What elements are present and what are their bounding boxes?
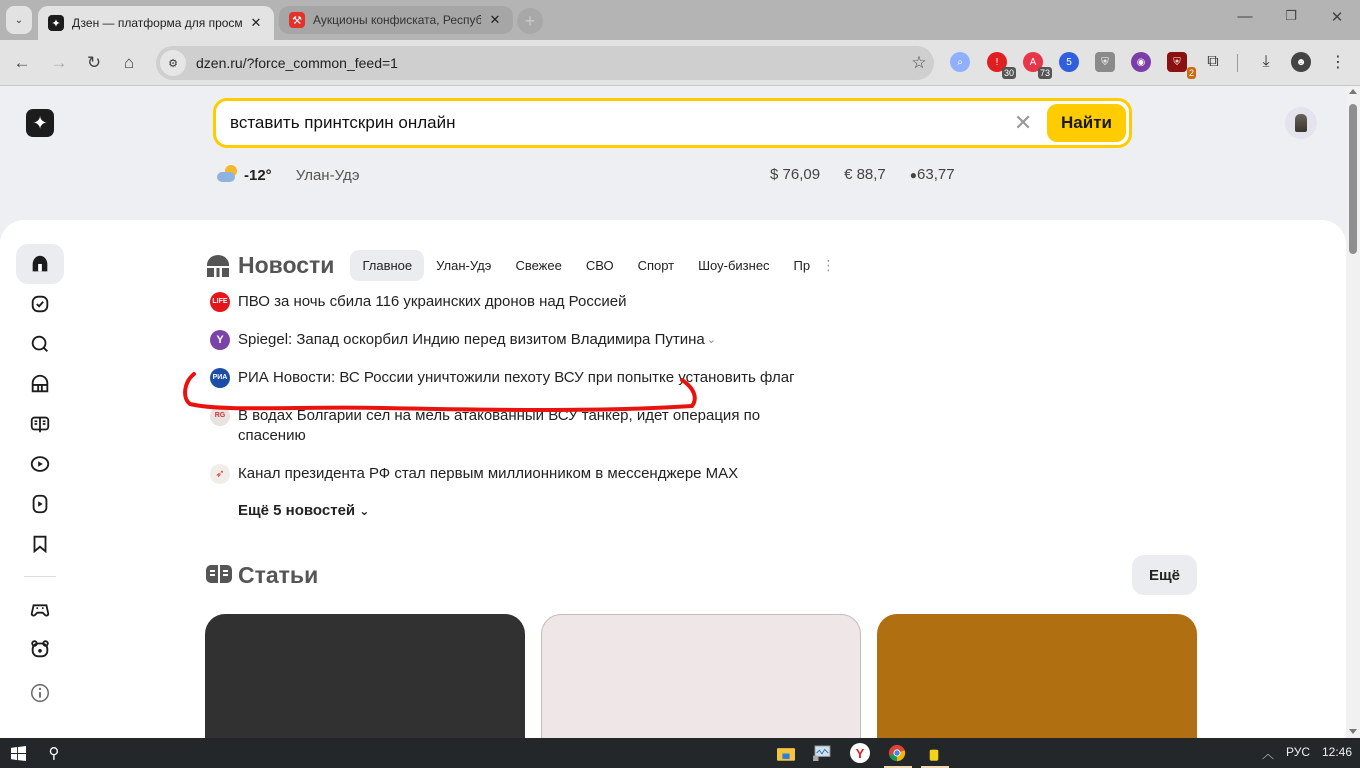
main-content: Новости Главное Улан-Удэ Свежее СВО Спор… [0, 220, 1346, 738]
more-articles-button[interactable]: Ещё [1132, 555, 1197, 595]
articles-header: Статьи [206, 562, 318, 589]
close-tab-icon[interactable]: ✕ [248, 15, 264, 31]
news-item[interactable]: LIFE ПВО за ночь сбила 116 украинских др… [210, 292, 850, 312]
chrome-icon[interactable] [887, 743, 907, 763]
news-headline[interactable]: РИА Новости: ВС России уничтожили пехоту… [238, 368, 795, 388]
tray-overflow-chevron-icon[interactable]: ︿ [1262, 745, 1274, 762]
dzen-logo-icon: ✦ [48, 15, 64, 31]
info-icon [29, 682, 51, 704]
search-button[interactable]: Найти [1047, 104, 1126, 142]
news-item[interactable]: Y Spiegel: Запад оскорбил Индию перед ви… [210, 330, 850, 350]
sidebar-item-games[interactable] [16, 589, 64, 629]
scroll-up-arrow[interactable] [1349, 89, 1357, 94]
search-bar: ✕ Найти [213, 98, 1132, 148]
news-tab-sport[interactable]: Спорт [626, 250, 687, 281]
sidebar-item-news[interactable] [16, 364, 64, 404]
video-play-icon [29, 453, 51, 475]
sidebar-item-bookmarks[interactable] [16, 524, 64, 564]
temperature: -12° [244, 167, 272, 184]
dzen-page: ✦ ✕ Найти -12° Улан-Удэ $ 76,09 € 88,7 ●… [0, 86, 1346, 738]
purple-eye-icon[interactable]: ◉ [1131, 52, 1151, 72]
tass-source-icon: ➶ [210, 464, 230, 484]
maximize-button[interactable]: ❐ [1276, 8, 1306, 24]
articles-title[interactable]: Статьи [238, 562, 318, 589]
shield-blue-icon[interactable]: 5 [1059, 52, 1079, 72]
news-headline[interactable]: Канал президента РФ стал первым миллионн… [238, 464, 738, 484]
search-extension-icon[interactable]: ⌕ [950, 52, 970, 72]
more-news-button[interactable]: Ещё 5 новостей ⌄ [238, 502, 850, 519]
oil-drop-icon: ● [910, 168, 917, 182]
rate-oil[interactable]: ●63,77 [910, 166, 955, 183]
shorts-icon [29, 493, 51, 515]
news-item[interactable]: РИА РИА Новости: ВС России уничтожили пе… [210, 368, 850, 388]
tab-search-button[interactable]: ⌄ [6, 6, 32, 34]
news-header: Новости Главное Улан-Удэ Свежее СВО Спор… [206, 250, 836, 281]
currency-rates: $ 76,09 € 88,7 ●63,77 [770, 166, 955, 183]
news-tab-fresh[interactable]: Свежее [503, 250, 573, 281]
user-avatar[interactable] [1285, 107, 1317, 139]
sidebar-item-videos[interactable] [16, 444, 64, 484]
bookmark-icon [29, 533, 51, 555]
sidebar-item-search[interactable] [16, 324, 64, 364]
gamepad-icon [29, 598, 51, 620]
tab-title: Дзен — платформа для просм [72, 16, 242, 30]
weather-snow-cloud-icon [216, 164, 238, 186]
sidebar-nav [16, 244, 64, 713]
news-headline[interactable]: В водах Болгарии сел на мель атакованный… [238, 406, 798, 446]
dzen-logo[interactable]: ✦ [26, 109, 54, 137]
source-y-icon: Y [210, 330, 230, 350]
browser-toolbar: ← → ↻ ⌂ ⚙ dzen.ru/?force_common_feed=1 ☆… [0, 40, 1360, 86]
weather-widget[interactable]: -12° Улан-Удэ [216, 164, 360, 186]
rate-eur[interactable]: € 88,7 [844, 166, 886, 183]
life-source-icon: LIFE [210, 292, 230, 312]
sidebar-item-kids[interactable] [16, 629, 64, 669]
clear-search-icon[interactable]: ✕ [1009, 110, 1037, 136]
news-headline[interactable]: Spiegel: Запад оскорбил Индию перед визи… [238, 330, 705, 350]
search-icon[interactable]: ⚲ [44, 743, 64, 763]
expand-chevron-icon[interactable]: ⌄ [707, 330, 716, 350]
windows-taskbar: ⚲ Y ︿ РУС 12:46 [0, 738, 1360, 768]
close-window-button[interactable]: ✕ [1322, 8, 1352, 26]
site-settings-icon[interactable]: ⚙ [160, 50, 186, 76]
file-explorer-icon[interactable] [776, 743, 796, 763]
search-input[interactable] [216, 113, 1009, 133]
city-name[interactable]: Улан-Удэ [296, 167, 360, 184]
sidebar-item-subscriptions[interactable] [16, 284, 64, 324]
news-tab-svo[interactable]: СВО [574, 250, 626, 281]
sidebar-item-info[interactable] [16, 673, 64, 713]
extensions-puzzle-icon[interactable]: ⧉ [1203, 52, 1223, 72]
profile-avatar[interactable]: ☻ [1291, 52, 1311, 72]
forward-button[interactable]: → [48, 52, 70, 74]
red-shield-icon[interactable]: ⛨2 [1167, 52, 1187, 72]
back-button[interactable]: ← [11, 52, 33, 74]
performance-monitor-icon[interactable] [812, 743, 832, 763]
clock[interactable]: 12:46 [1322, 745, 1352, 759]
articles-book-icon [206, 565, 232, 587]
bookmark-star-icon[interactable]: ☆ [904, 53, 934, 73]
home-button[interactable]: ⌂ [118, 52, 140, 74]
shield-grey-icon[interactable]: ⛨ [1095, 52, 1115, 72]
red-extension-icon[interactable]: !30 [987, 52, 1007, 72]
news-title[interactable]: Новости [238, 252, 334, 279]
news-icon [29, 373, 51, 395]
news-tab-city[interactable]: Улан-Удэ [424, 250, 503, 281]
news-tab-more-clipped[interactable]: Пр [782, 250, 818, 281]
windows-start-icon[interactable] [8, 743, 28, 763]
auction-gavel-icon: ⚒ [289, 12, 305, 28]
home-icon [29, 253, 51, 275]
sidebar-item-articles[interactable] [16, 404, 64, 444]
search-icon [29, 333, 51, 355]
address-bar[interactable]: ⚙ dzen.ru/?force_common_feed=1 ☆ [156, 46, 934, 80]
ria-source-icon: РИА [210, 368, 230, 388]
articles-book-icon [29, 413, 51, 435]
reload-button[interactable]: ↻ [83, 52, 105, 74]
tab-dzen[interactable]: ✦ Дзен — платформа для просм ✕ [38, 6, 274, 40]
usb-key-icon[interactable] [924, 743, 944, 763]
tab-title: Аукционы конфиската, Респуб [313, 13, 481, 27]
article-card[interactable] [205, 614, 525, 738]
toolbar-divider [1237, 54, 1238, 72]
tab-auctions[interactable]: ⚒ Аукционы конфиската, Респуб ✕ [279, 6, 513, 34]
news-list: LIFE ПВО за ночь сбила 116 украинских др… [210, 292, 850, 519]
news-item[interactable]: RG В водах Болгарии сел на мель атакован… [210, 406, 850, 446]
download-icon[interactable]: ⤓ [1256, 52, 1276, 72]
chevron-down-icon: ⌄ [359, 504, 369, 518]
page-scrollbar[interactable] [1346, 86, 1360, 738]
minimize-button[interactable]: — [1230, 8, 1260, 25]
adblock-icon[interactable]: A73 [1023, 52, 1043, 72]
sidebar-divider [24, 576, 56, 577]
rate-usd[interactable]: $ 76,09 [770, 166, 820, 183]
yandex-browser-icon[interactable]: Y [850, 743, 870, 763]
subscriptions-icon [29, 293, 51, 315]
more-tabs-icon[interactable]: ⋮ [822, 257, 836, 274]
new-tab-button[interactable]: + [517, 8, 543, 34]
news-icon [206, 255, 230, 277]
url-text[interactable]: dzen.ru/?force_common_feed=1 [196, 55, 904, 71]
news-tabs: Главное Улан-Удэ Свежее СВО Спорт Шоу-би… [350, 250, 835, 281]
language-indicator[interactable]: РУС [1286, 745, 1310, 759]
news-tab-main[interactable]: Главное [350, 250, 424, 281]
tab-strip: ⌄ ✦ Дзен — платформа для просм ✕ ⚒ Аукци… [0, 0, 1360, 40]
scroll-down-arrow[interactable] [1349, 729, 1357, 734]
news-tab-showbiz[interactable]: Шоу-бизнес [686, 250, 781, 281]
rg-source-icon: RG [210, 406, 230, 426]
scrollbar-thumb[interactable] [1349, 104, 1357, 254]
sidebar-item-shorts[interactable] [16, 484, 64, 524]
sidebar-item-home[interactable] [16, 244, 64, 284]
close-tab-icon[interactable]: ✕ [487, 12, 503, 28]
news-headline[interactable]: ПВО за ночь сбила 116 украинских дронов … [238, 292, 626, 312]
browser-menu-icon[interactable]: ⋮ [1328, 52, 1348, 72]
news-item[interactable]: ➶ Канал президента РФ стал первым миллио… [210, 464, 850, 484]
article-card[interactable] [877, 614, 1197, 738]
bear-icon [29, 638, 51, 660]
article-card[interactable] [541, 614, 861, 738]
